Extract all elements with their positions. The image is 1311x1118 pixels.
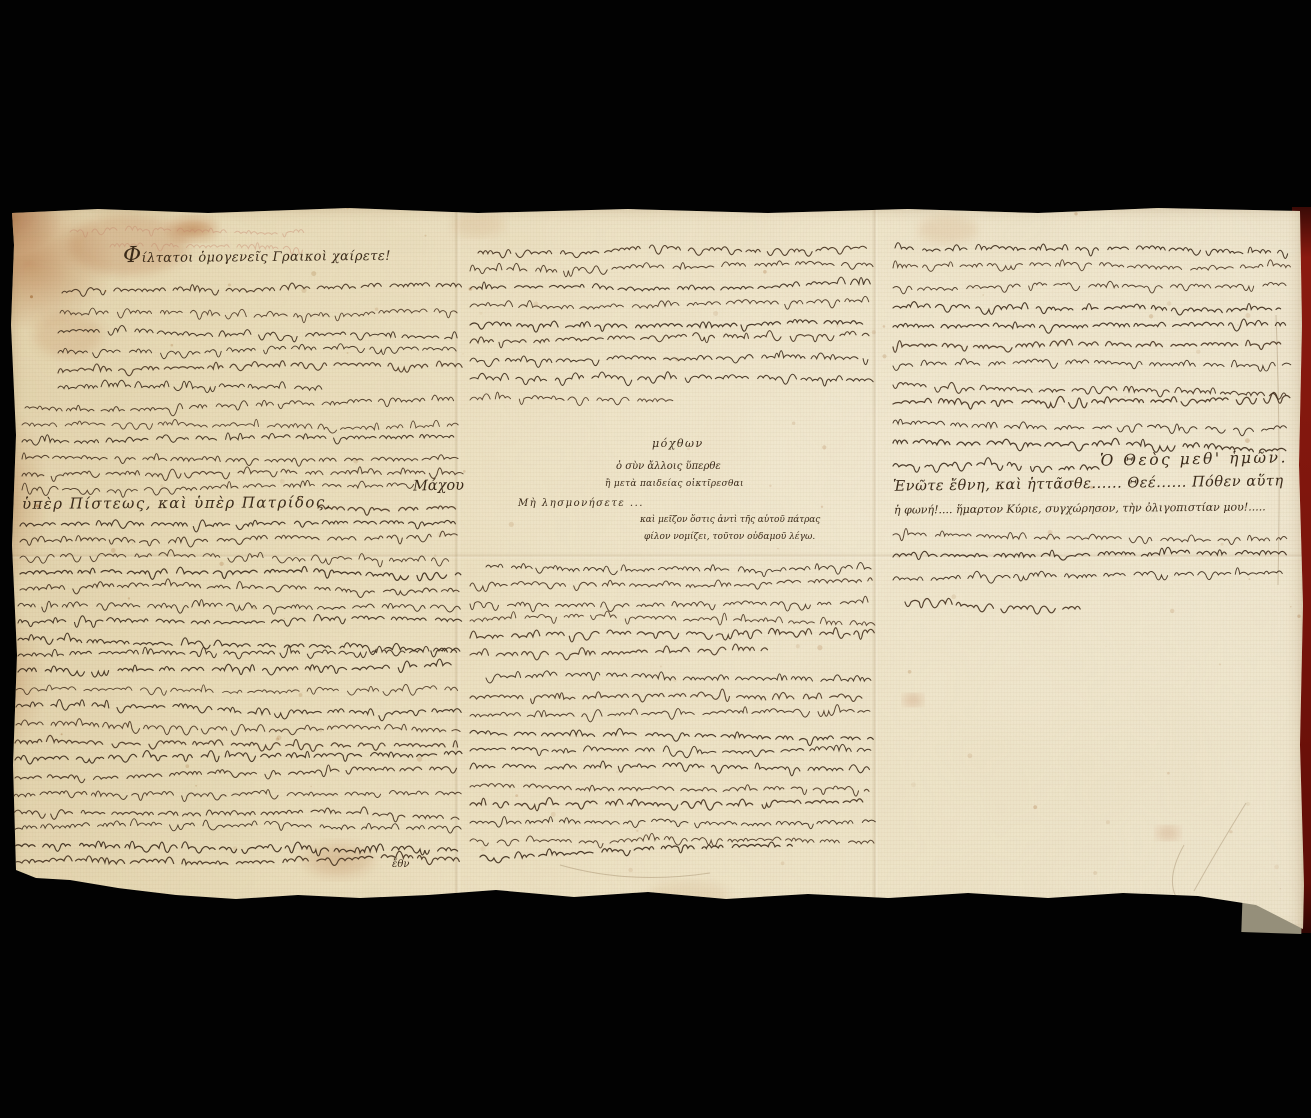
verse-line-5: καὶ μεῖζον ὅστις ἀντὶ τῆς αὑτοῦ πάτρας bbox=[640, 516, 820, 525]
foxing-dot bbox=[1080, 900, 1082, 902]
foxing-dot bbox=[1246, 802, 1250, 806]
foxing-dot bbox=[1245, 313, 1250, 318]
foxing-dot bbox=[1245, 438, 1250, 443]
foxing-dot bbox=[1033, 805, 1037, 809]
foxing-dot bbox=[311, 271, 316, 276]
foxing-dot bbox=[1237, 324, 1239, 326]
foxing-dot bbox=[1297, 615, 1300, 618]
foxing-dot bbox=[463, 470, 466, 473]
foxing-dot bbox=[45, 603, 47, 605]
foxing-dot bbox=[195, 785, 197, 787]
foxing-dot bbox=[533, 301, 538, 306]
foxing-dot bbox=[1167, 772, 1170, 775]
foxing-dot bbox=[10, 910, 13, 913]
foxing-dot bbox=[1170, 609, 1174, 613]
foxing-dot bbox=[299, 693, 303, 697]
foxing-dot bbox=[375, 308, 378, 311]
catchword: ἔθν bbox=[392, 860, 409, 870]
foxing-dot bbox=[1249, 578, 1251, 580]
foxing-dot bbox=[1048, 530, 1053, 535]
foxing-dot bbox=[777, 548, 779, 550]
foxing-dot bbox=[673, 678, 677, 682]
god-with-us-phrase: Ὁ Θεὸς μεθ' ἡμῶν. bbox=[1100, 450, 1288, 469]
foxing-dot bbox=[128, 597, 130, 599]
foxing-dot bbox=[907, 913, 910, 916]
foxing-dot bbox=[417, 757, 422, 762]
foxing-dot bbox=[276, 738, 279, 741]
foxing-dot bbox=[636, 830, 638, 832]
verse-word-mochthon: μόχθων bbox=[652, 438, 704, 449]
foxing-dot bbox=[792, 422, 795, 425]
foxing-dot bbox=[906, 917, 911, 922]
foxing-dot bbox=[763, 270, 767, 274]
foxing-dot bbox=[310, 786, 311, 787]
foxing-dot bbox=[1229, 830, 1232, 833]
foxing-dot bbox=[675, 357, 679, 361]
foxing-dot bbox=[111, 548, 116, 553]
foxing-dot bbox=[872, 330, 876, 334]
foxing-dot bbox=[1167, 301, 1172, 306]
foxing-dot bbox=[1149, 314, 1153, 318]
foxing-dot bbox=[462, 353, 463, 354]
verse-line-4: Μὴ λησμονήσετε ... bbox=[518, 499, 644, 509]
foxing-dot bbox=[160, 744, 162, 746]
foxing-dot bbox=[160, 484, 163, 487]
motto-word-machou: Μάχου bbox=[413, 479, 464, 494]
motto-line: ὑπὲρ Πίστεως, καὶ ὑπὲρ Πατρίδος, bbox=[22, 495, 332, 512]
foxing-dot bbox=[976, 288, 977, 289]
foxing-dot bbox=[908, 670, 912, 674]
foxing-dot bbox=[132, 542, 134, 544]
foxing-dot bbox=[186, 764, 190, 768]
verse-line-3: ἢ μετὰ παιδείας οἰκτῖρεσθαι bbox=[605, 480, 744, 489]
foxing-dot bbox=[515, 794, 518, 797]
foxing-stain bbox=[34, 313, 102, 357]
foxing-stain bbox=[452, 213, 504, 237]
foxing-dot bbox=[480, 846, 485, 851]
foxing-dot bbox=[647, 605, 650, 608]
foxing-dot bbox=[353, 729, 354, 730]
foxing-dot bbox=[319, 729, 322, 732]
penitence-line: ἡ φωνή!.... ἥμαρτον Κύριε, συγχώρησον, τ… bbox=[894, 501, 1266, 515]
foxing-dot bbox=[284, 618, 285, 619]
manuscript-photo: Φίλτατοι ὁμογενεῖς Γραικοὶ χαίρετε! Μάχο… bbox=[0, 0, 1311, 1118]
foxing-dot bbox=[836, 324, 839, 327]
foxing-dot bbox=[817, 645, 822, 650]
foxing-dot bbox=[253, 606, 257, 610]
foxing-dot bbox=[439, 684, 440, 685]
foxing-dot bbox=[584, 903, 588, 907]
salutation-heading: Φίλτατοι ὁμογενεῖς Γραικοὶ χαίρετε! bbox=[123, 242, 391, 266]
foxing-dot bbox=[821, 506, 823, 508]
foxing-dot bbox=[982, 294, 984, 296]
foxing-dot bbox=[911, 782, 916, 787]
foxing-dot bbox=[882, 354, 886, 358]
foxing-dot bbox=[660, 666, 662, 668]
foxing-dot bbox=[822, 445, 826, 449]
foxing-dot bbox=[105, 290, 107, 292]
foxing-dot bbox=[616, 771, 619, 774]
foxing-dot bbox=[897, 555, 901, 559]
manuscript-sheet bbox=[8, 205, 1304, 933]
foxing-dot bbox=[353, 459, 358, 464]
foxing-stain bbox=[648, 881, 728, 909]
foxing-dot bbox=[80, 792, 82, 794]
foxing-dot bbox=[503, 898, 508, 903]
foxing-dot bbox=[233, 846, 237, 850]
foxing-dot bbox=[1106, 820, 1110, 824]
foxing-dot bbox=[1219, 663, 1221, 665]
foxing-dot bbox=[301, 288, 306, 293]
foxing-dot bbox=[1196, 350, 1200, 354]
foxing-dot bbox=[228, 283, 231, 286]
foxing-dot bbox=[434, 554, 437, 557]
foxing-stain bbox=[918, 216, 978, 244]
foxing-dot bbox=[479, 312, 482, 315]
foxing-dot bbox=[30, 295, 33, 298]
foxing-dot bbox=[781, 861, 785, 865]
foxing-dot bbox=[347, 352, 349, 354]
foxing-dot bbox=[951, 594, 956, 599]
foxing-dot bbox=[628, 868, 632, 872]
foxing-dot bbox=[1105, 646, 1106, 647]
foxing-dot bbox=[1280, 888, 1281, 889]
foxing-dot bbox=[1221, 543, 1224, 546]
foxing-dot bbox=[280, 479, 285, 484]
verse-line-6: φίλον νομίζει, τοῦτον οὐδαμοῦ λέγω. bbox=[644, 533, 815, 542]
foxing-dot bbox=[425, 235, 427, 237]
foxing-stain bbox=[903, 694, 923, 706]
foxing-dot bbox=[1074, 212, 1077, 215]
foxing-dot bbox=[796, 644, 800, 648]
foxing-dot bbox=[1274, 865, 1279, 870]
foxing-stain bbox=[1156, 826, 1180, 840]
foxing-dot bbox=[883, 325, 886, 328]
handwriting-layer bbox=[8, 205, 1304, 933]
foxing-dot bbox=[551, 812, 556, 817]
foxing-dot bbox=[713, 311, 718, 316]
foxing-dot bbox=[437, 532, 442, 537]
foxing-dot bbox=[153, 459, 154, 460]
foxing-stain bbox=[302, 842, 374, 878]
foxing-dot bbox=[468, 287, 472, 291]
verse-line-2: ὁ σὺν ἄλλοις ὕπερθε bbox=[616, 462, 721, 472]
foxing-dot bbox=[509, 522, 514, 527]
foxing-dot bbox=[756, 207, 760, 211]
foxing-dot bbox=[1124, 396, 1126, 398]
foxing-dot bbox=[1290, 606, 1291, 607]
foxing-dot bbox=[1093, 871, 1097, 875]
foxing-dot bbox=[968, 753, 973, 758]
foxing-dot bbox=[171, 344, 174, 347]
foxing-dot bbox=[769, 485, 771, 487]
foxing-dot bbox=[346, 205, 350, 209]
foxing-dot bbox=[219, 562, 223, 566]
foxing-dot bbox=[61, 733, 63, 735]
